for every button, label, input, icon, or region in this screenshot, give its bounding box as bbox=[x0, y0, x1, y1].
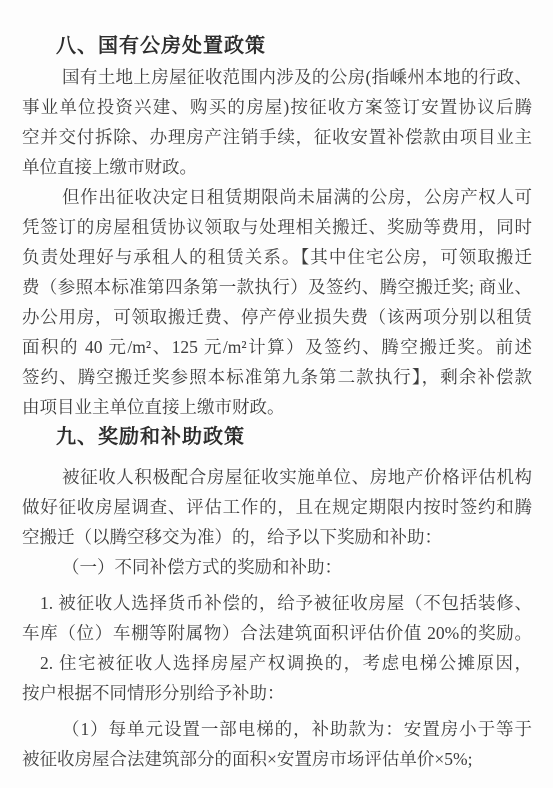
text-line: 凭签订的房屋租赁协议领取与处理相关搬迁、奖励等费用，同时 bbox=[22, 212, 532, 242]
text-line: 按户根据不同情形分别给予补助： bbox=[22, 678, 532, 708]
text-line: 由项目业主单位直接上缴市财政。 bbox=[22, 392, 532, 422]
text-line: 费（参照本标准第四条第一款执行）及签约、腾空搬迁奖; 商业、 bbox=[22, 272, 532, 302]
text-line: 面积的 40 元/m²、125 元/m²计算）及签约、腾空搬迁奖。前述 bbox=[22, 332, 532, 362]
text-line: 签约、腾空搬迁奖参照本标准第九条第二款执行】，剩余补偿款 bbox=[22, 362, 532, 392]
document-page: 八、国有公房处置政策 国有土地上房屋征收范围内涉及的公房(指嵊州本地的行政、 事… bbox=[0, 0, 553, 788]
text-line: 办公用房，可领取搬迁费、停产停业损失费（该两项分别以租赁 bbox=[22, 302, 532, 332]
paragraph: 但作出征收决定日租赁期限尚未届满的公房，公房产权人可 凭签订的房屋租赁协议领取与… bbox=[22, 182, 532, 422]
text-line: 负责处理好与承租人的租赁关系。【其中住宅公房，可领取搬迁 bbox=[22, 242, 532, 272]
text-line: 事业单位投资兴建、购买的房屋)按征收方案签订安置协议后腾 bbox=[22, 92, 532, 122]
paragraph: （1）每单元设置一部电梯的，补助款为：安置房小于等于 被征收房屋合法建筑部分的面… bbox=[22, 714, 532, 774]
paragraph: 被征收人积极配合房屋征收实施单位、房地产价格评估机构 做好征收房屋调查、评估工作… bbox=[22, 462, 532, 552]
paragraph: 2. 住宅被征收人选择房屋产权调换的，考虑电梯公摊原因， 按户根据不同情形分别给… bbox=[22, 648, 532, 708]
text-line: 单位直接上缴市财政。 bbox=[22, 152, 532, 182]
paragraph: 国有土地上房屋征收范围内涉及的公房(指嵊州本地的行政、 事业单位投资兴建、购买的… bbox=[22, 62, 532, 182]
text-line: 2. 住宅被征收人选择房屋产权调换的，考虑电梯公摊原因， bbox=[22, 648, 532, 678]
text-line: 空并交付拆除、办理房产注销手续，征收安置补偿款由项目业主 bbox=[22, 122, 532, 152]
text-line: 被征收人积极配合房屋征收实施单位、房地产价格评估机构 bbox=[22, 462, 532, 492]
paragraph: （一）不同补偿方式的奖励和补助： bbox=[22, 552, 532, 582]
text-line: 1. 被征收人选择货币补偿的，给予被征收房屋（不包括装修、 bbox=[22, 588, 532, 618]
text-line: 车库（位）车棚等附属物）合法建筑面积评估价值 20%的奖励。 bbox=[22, 618, 532, 648]
text-line: 做好征收房屋调查、评估工作的，且在规定期限内按时签约和腾 bbox=[22, 492, 532, 522]
text-line: （一）不同补偿方式的奖励和补助： bbox=[22, 552, 532, 582]
section-8-heading: 八、国有公房处置政策 bbox=[22, 31, 532, 62]
text-line: 被征收房屋合法建筑部分的面积×安置房市场评估单价×5%; bbox=[22, 744, 532, 774]
paragraph: 1. 被征收人选择货币补偿的，给予被征收房屋（不包括装修、 车库（位）车棚等附属… bbox=[22, 588, 532, 648]
text-line: 但作出征收决定日租赁期限尚未届满的公房，公房产权人可 bbox=[22, 182, 532, 212]
text-line: 空搬迁（以腾空移交为准）的，给予以下奖励和补助： bbox=[22, 522, 532, 552]
text-line: （1）每单元设置一部电梯的，补助款为：安置房小于等于 bbox=[22, 714, 532, 744]
section-9-heading: 九、奖励和补助政策 bbox=[22, 422, 532, 453]
text-line: 国有土地上房屋征收范围内涉及的公房(指嵊州本地的行政、 bbox=[22, 62, 532, 92]
